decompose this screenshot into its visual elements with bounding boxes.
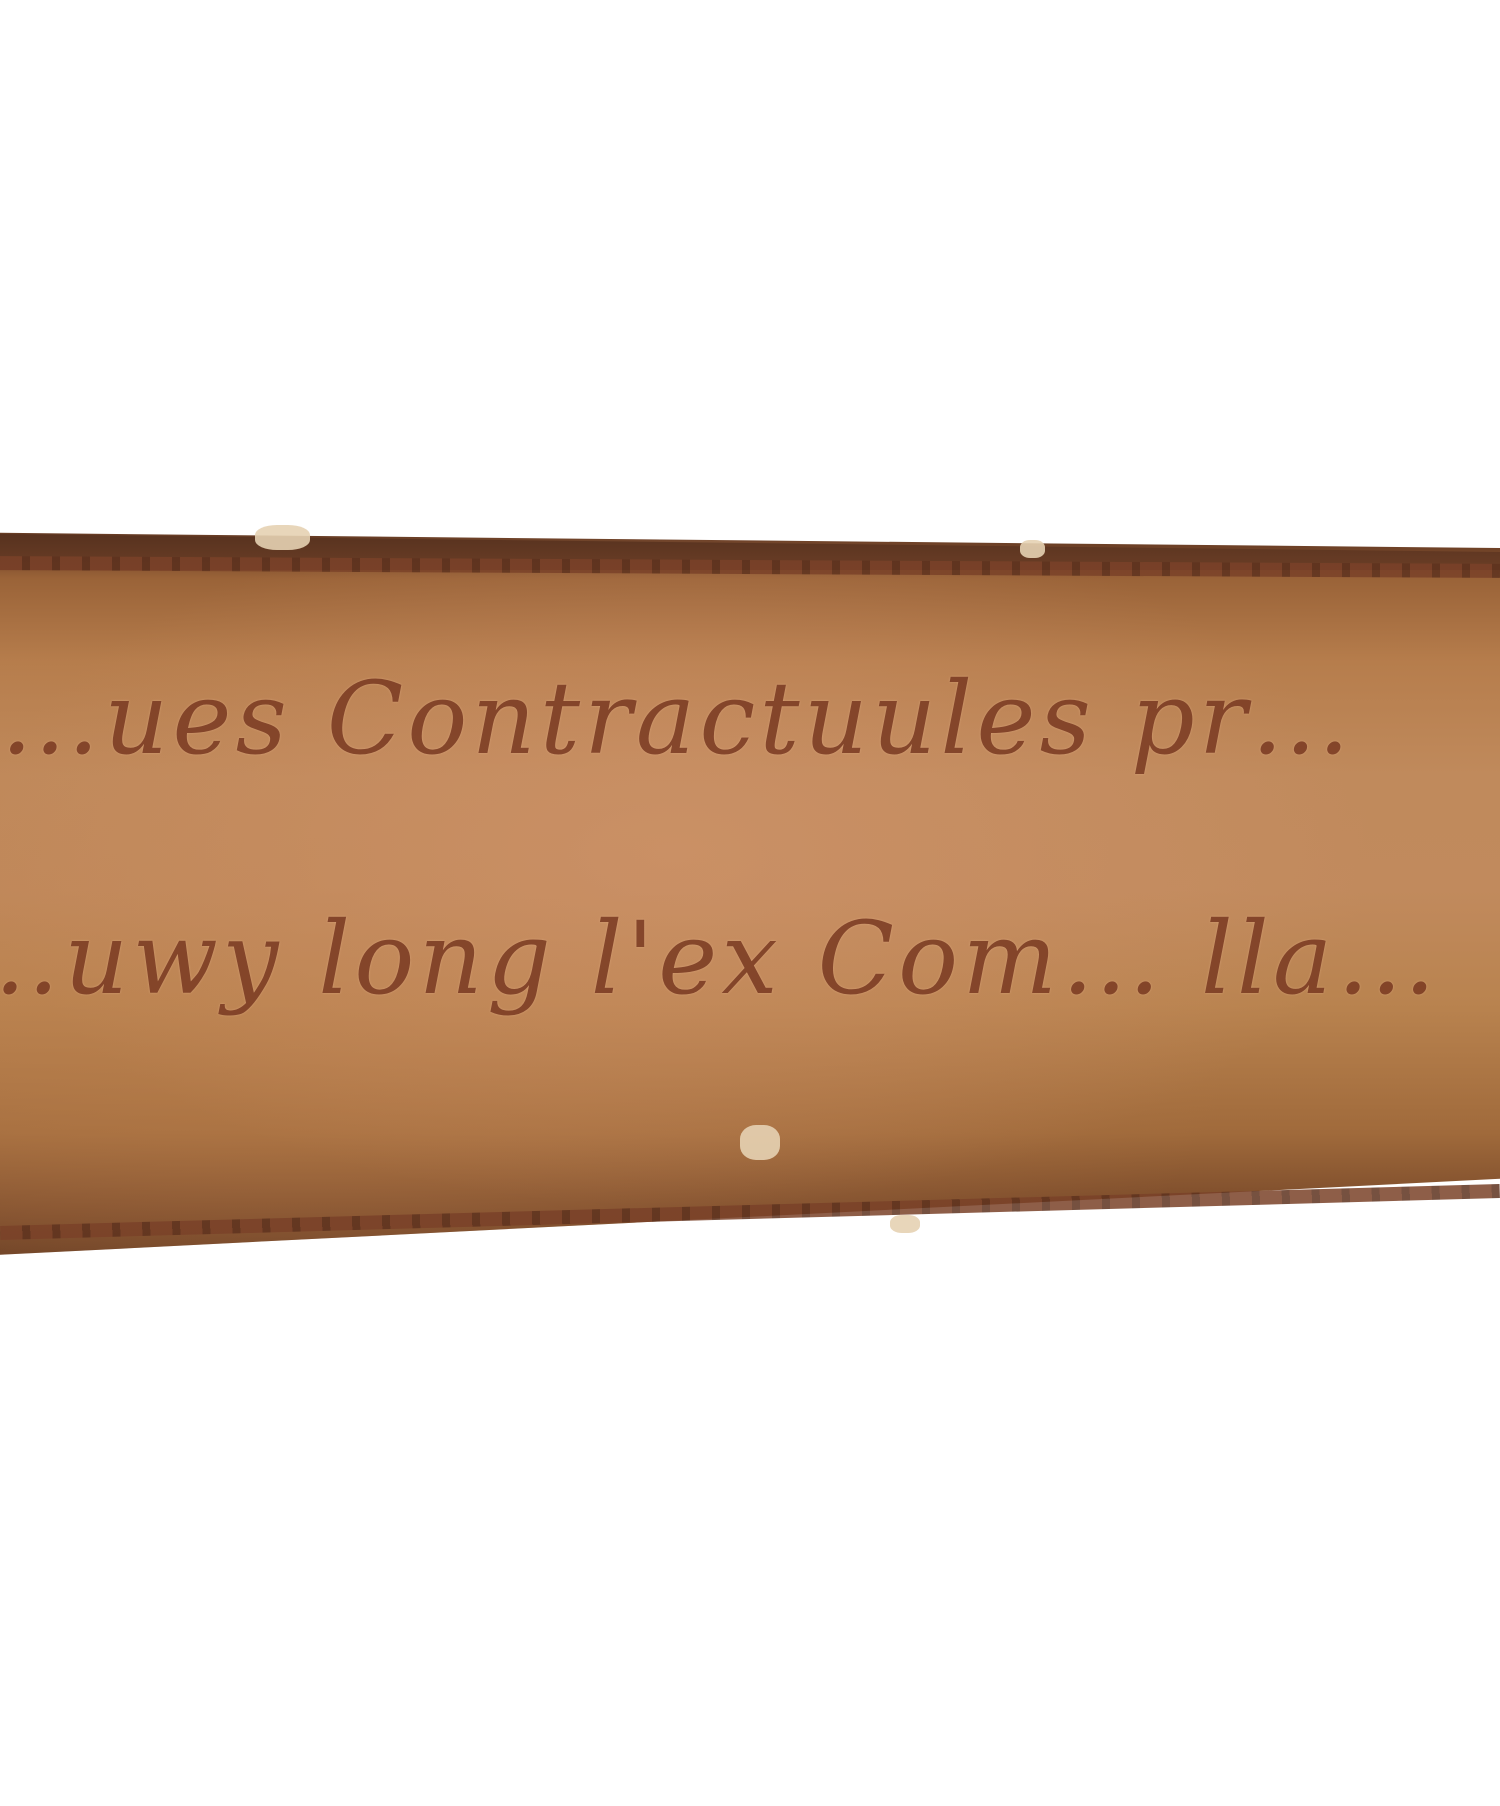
scuff-mark [1020,540,1045,558]
engraved-script-line-2: …uwy long l'ex Com… lla… [0,900,1440,1017]
scuff-mark [255,525,310,550]
engraved-script-line-1: …ues Contractuules pr… [0,660,1355,777]
scuff-mark [890,1215,920,1233]
scuff-mark [740,1125,780,1160]
